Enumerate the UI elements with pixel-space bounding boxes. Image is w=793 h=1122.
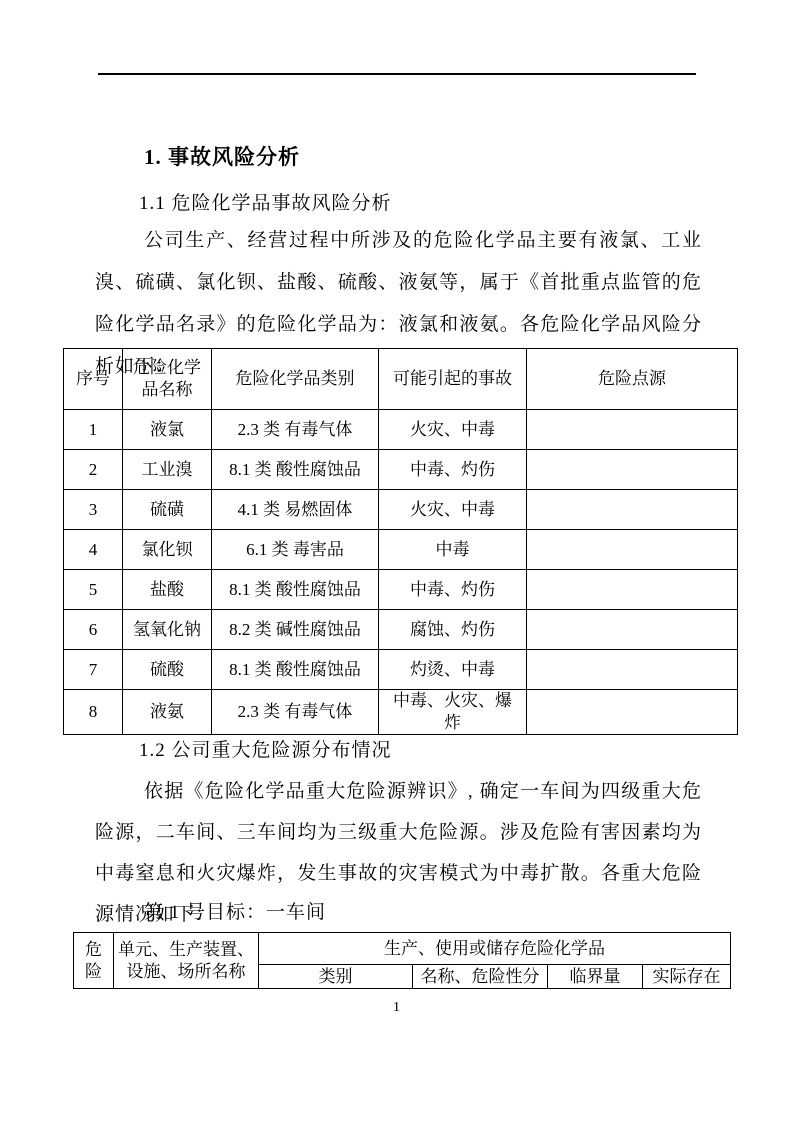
column-header-threshold: 临界量 [548, 965, 643, 989]
major-hazard-source-table: 危险 单元、生产装置、设施、场所名称 生产、使用或储存危险化学品 类别 名称、危… [73, 932, 731, 989]
table-row: 3 硫磺 4.1 类 易燃固体 火灾、中毒 [64, 490, 738, 530]
table-cell [527, 490, 738, 530]
table-cell: 火灾、中毒 [379, 490, 527, 530]
table-row: 8 液氨 2.3 类 有毒气体 中毒、火灾、爆炸 [64, 690, 738, 735]
column-header-actual: 实际存在 [643, 965, 731, 989]
document-page: 1. 事故风险分析 1.1 危险化学品事故风险分析 公司生产、经营过程中所涉及的… [0, 0, 793, 1122]
column-header-source: 危险点源 [527, 349, 738, 410]
table-row: 1 液氯 2.3 类 有毒气体 火灾、中毒 [64, 410, 738, 450]
table-cell [527, 690, 738, 735]
column-header-chemicals-span: 生产、使用或储存危险化学品 [259, 933, 731, 965]
page-number: 1 [0, 999, 793, 1016]
column-header-category: 类别 [259, 965, 413, 989]
table-cell [527, 530, 738, 570]
subsection-heading-1-2: 1.2 公司重大危险源分布情况 [139, 739, 392, 763]
table-cell: 氯化钡 [123, 530, 212, 570]
table-cell: 2.3 类 有毒气体 [212, 690, 379, 735]
table-cell: 硫磺 [123, 490, 212, 530]
table-cell: 中毒、灼伤 [379, 570, 527, 610]
target-line: 第 1 号目标：一车间 [144, 901, 326, 925]
table-row: 5 盐酸 8.1 类 酸性腐蚀品 中毒、灼伤 [64, 570, 738, 610]
table-cell: 工业溴 [123, 450, 212, 490]
header-rule [98, 73, 696, 75]
table-cell: 8.1 类 酸性腐蚀品 [212, 570, 379, 610]
table-cell [527, 650, 738, 690]
column-header-name: 危险化学品名称 [123, 349, 212, 410]
table-cell: 硫酸 [123, 650, 212, 690]
table-cell: 液氨 [123, 690, 212, 735]
table-cell [527, 610, 738, 650]
table-cell: 盐酸 [123, 570, 212, 610]
table-cell: 灼烫、中毒 [379, 650, 527, 690]
table-cell: 6.1 类 毒害品 [212, 530, 379, 570]
table-cell: 腐蚀、灼伤 [379, 610, 527, 650]
table-row: 7 硫酸 8.1 类 酸性腐蚀品 灼烫、中毒 [64, 650, 738, 690]
table-cell: 4.1 类 易燃固体 [212, 490, 379, 530]
table-cell: 中毒、火灾、爆炸 [379, 690, 527, 735]
table-cell: 1 [64, 410, 123, 450]
table-cell: 6 [64, 610, 123, 650]
table-cell: 火灾、中毒 [379, 410, 527, 450]
table-cell [527, 450, 738, 490]
table-cell: 8 [64, 690, 123, 735]
section-title: 1. 事故风险分析 [144, 144, 300, 170]
column-header-seq: 序号 [64, 349, 123, 410]
table-header-row: 序号 危险化学品名称 危险化学品类别 可能引起的事故 危险点源 [64, 349, 738, 410]
table-header-row: 危险 单元、生产装置、设施、场所名称 生产、使用或储存危险化学品 [74, 933, 731, 965]
table-cell: 8.1 类 酸性腐蚀品 [212, 450, 379, 490]
hazard-analysis-table: 序号 危险化学品名称 危险化学品类别 可能引起的事故 危险点源 1 液氯 2.3… [63, 348, 738, 735]
table-cell: 2.3 类 有毒气体 [212, 410, 379, 450]
column-header-name-class: 名称、危险性分 [413, 965, 548, 989]
table-cell: 3 [64, 490, 123, 530]
table-row: 6 氢氧化钠 8.2 类 碱性腐蚀品 腐蚀、灼伤 [64, 610, 738, 650]
table-cell [527, 570, 738, 610]
table-cell: 4 [64, 530, 123, 570]
table-cell: 中毒、灼伤 [379, 450, 527, 490]
table-row: 4 氯化钡 6.1 类 毒害品 中毒 [64, 530, 738, 570]
table-cell: 8.2 类 碱性腐蚀品 [212, 610, 379, 650]
table-cell: 8.1 类 酸性腐蚀品 [212, 650, 379, 690]
subsection-heading-1-1: 1.1 危险化学品事故风险分析 [139, 192, 392, 216]
table-cell: 2 [64, 450, 123, 490]
table-cell: 氢氧化钠 [123, 610, 212, 650]
column-header-accident: 可能引起的事故 [379, 349, 527, 410]
column-header-danger: 危险 [74, 933, 114, 989]
table-cell: 7 [64, 650, 123, 690]
column-header-unit: 单元、生产装置、设施、场所名称 [114, 933, 259, 989]
table-cell: 液氯 [123, 410, 212, 450]
table-cell: 中毒 [379, 530, 527, 570]
table-row: 2 工业溴 8.1 类 酸性腐蚀品 中毒、灼伤 [64, 450, 738, 490]
table-cell [527, 410, 738, 450]
column-header-class: 危险化学品类别 [212, 349, 379, 410]
table-cell: 5 [64, 570, 123, 610]
